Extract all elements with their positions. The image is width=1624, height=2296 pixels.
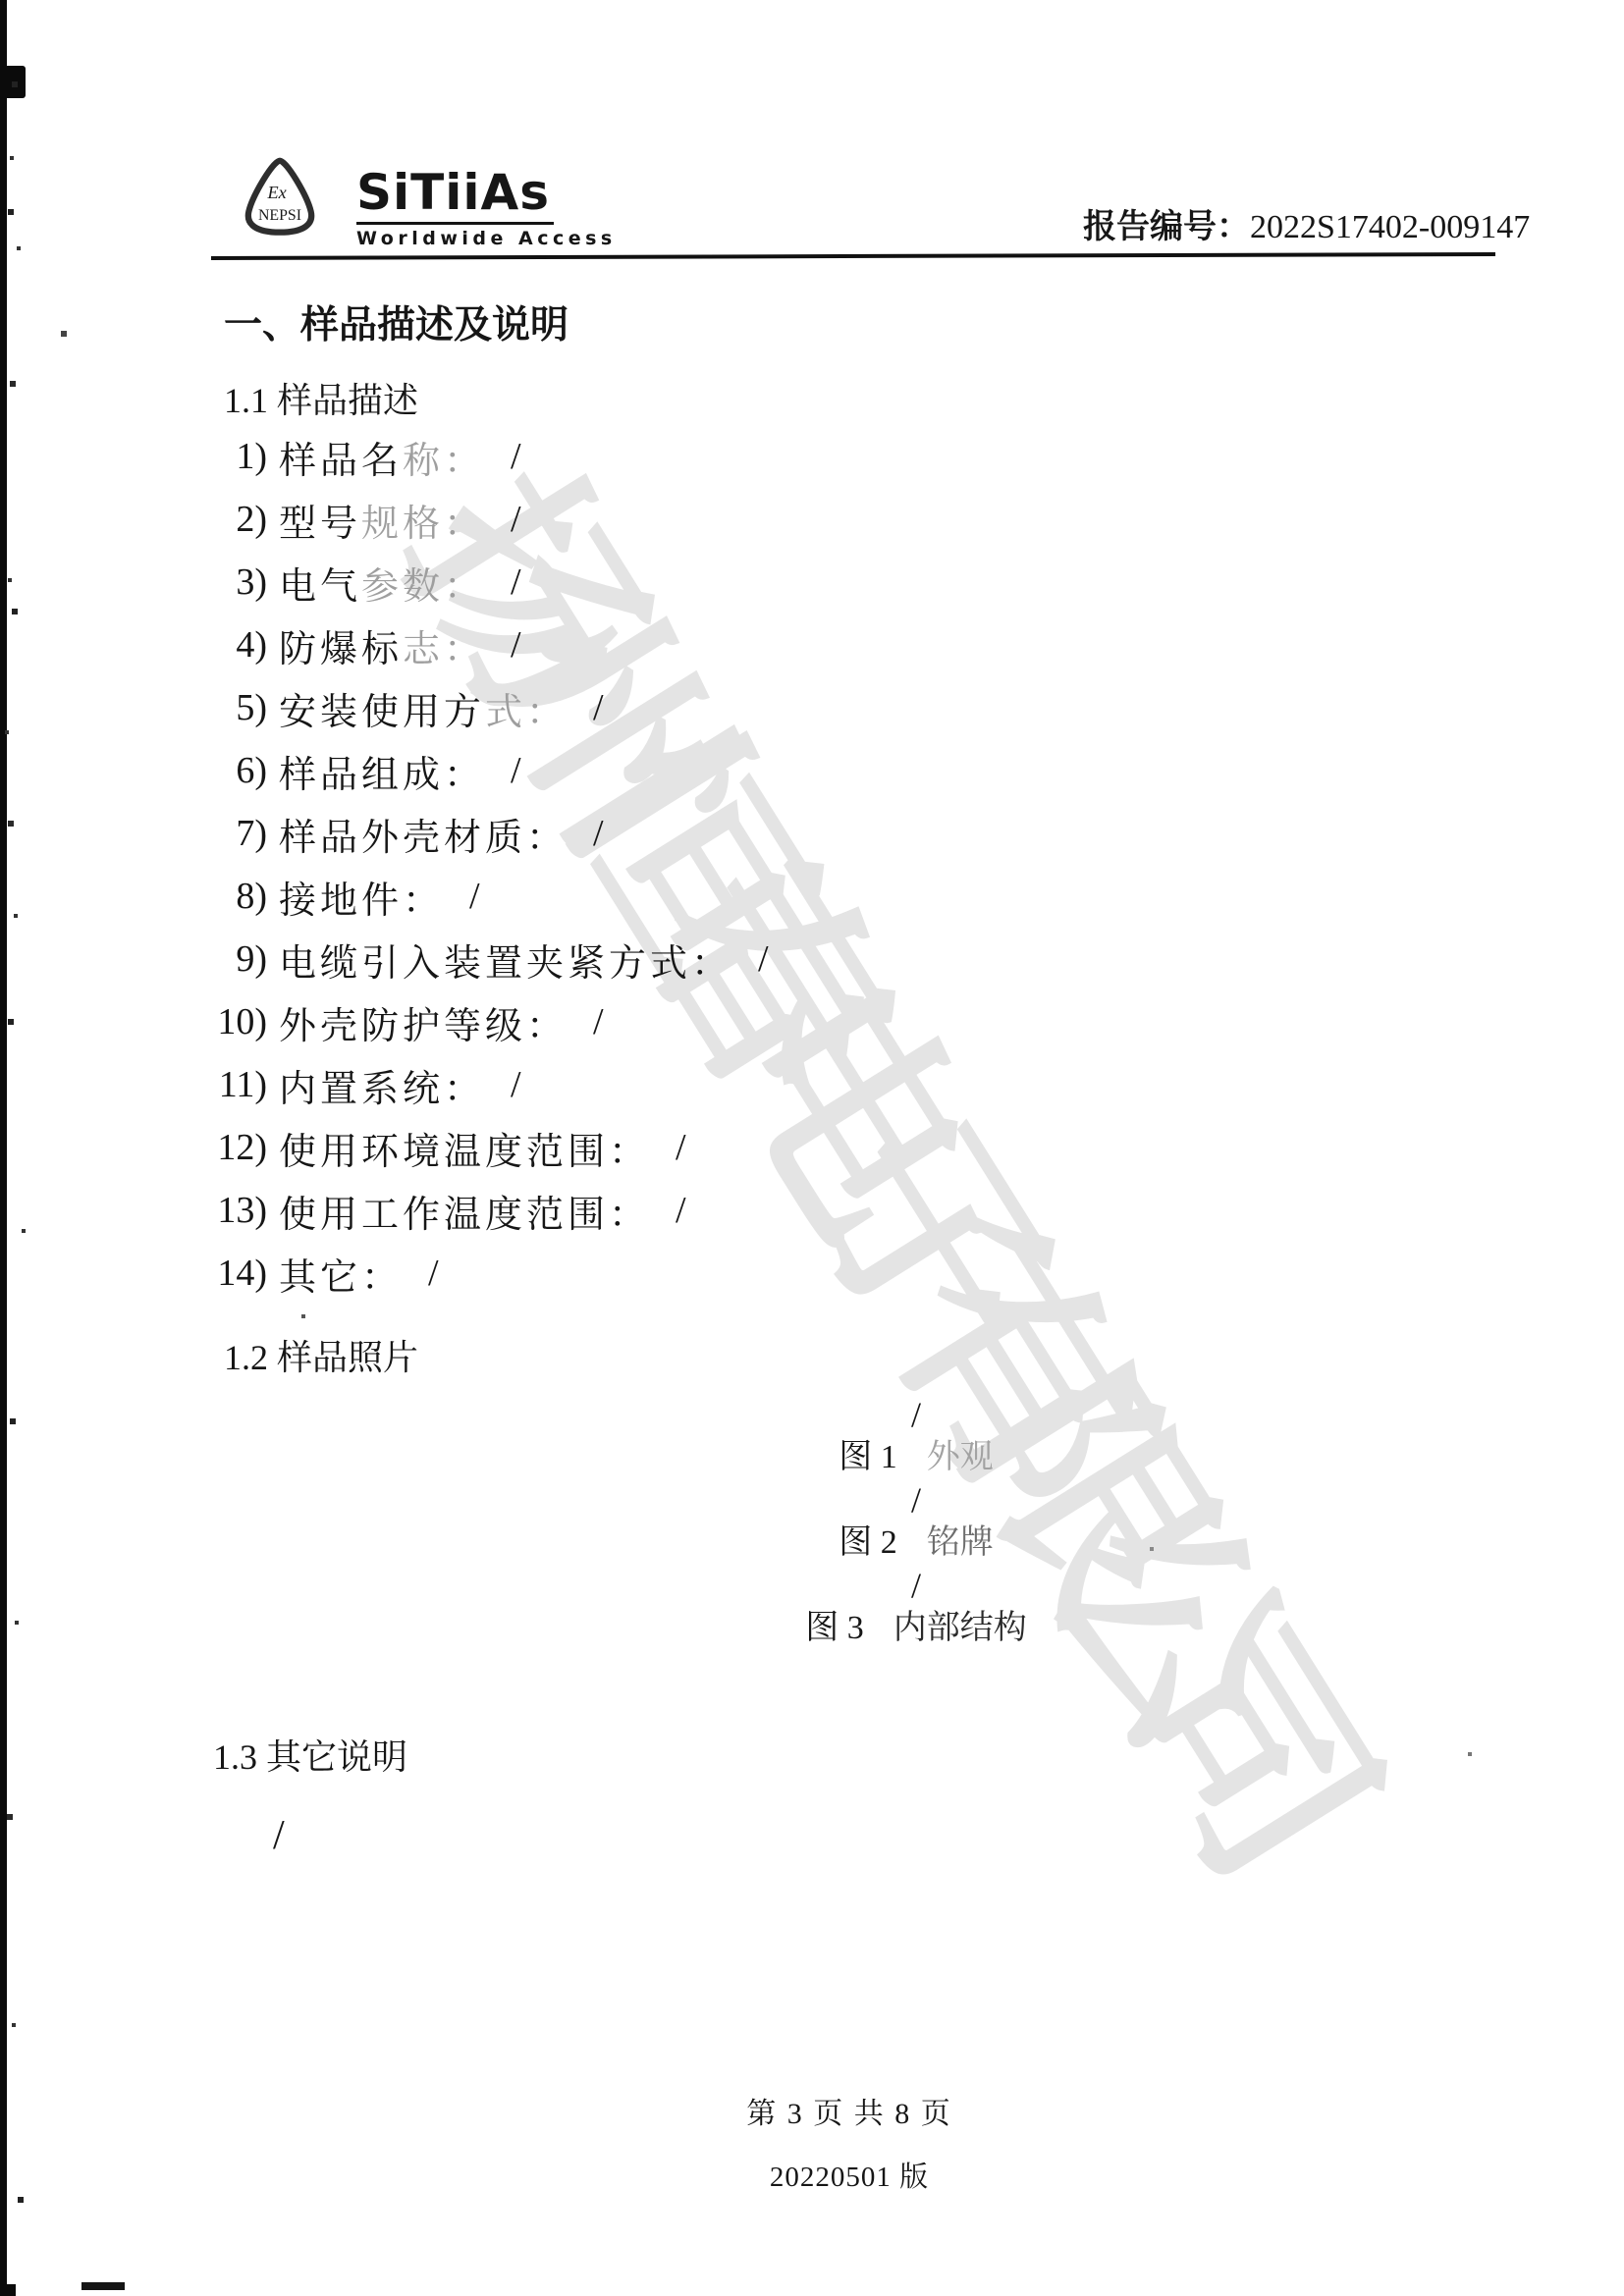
item-number: 1) [187, 435, 267, 478]
item-label: 外壳防护等级： [279, 995, 568, 1049]
item-value: / [511, 498, 521, 541]
item-number: 7) [187, 812, 267, 855]
item-label: 电气 [279, 556, 361, 610]
section-title: 一、样品描述及说明 [224, 294, 568, 349]
item-number: 10) [187, 1000, 267, 1043]
scan-blob-bottom [0, 2284, 16, 2296]
sample-item-3: 3)电气参数：/ [187, 551, 1365, 614]
item-number: 5) [187, 686, 267, 729]
item-label: 电缆引入装置夹紧方式： [279, 933, 732, 987]
figure-2-caption: 图 2铭牌 [805, 1522, 1027, 1564]
subsection-1-2-title: 1.2 样品照片 [224, 1330, 418, 1380]
item-label: 样品组成： [279, 744, 485, 798]
scan-blob-top [0, 66, 26, 98]
figure-1-placeholder: / [805, 1393, 1027, 1436]
item-label-faded: 参数： [361, 556, 485, 610]
sitiias-wordmark: SiTiiAs [356, 167, 554, 225]
item-value: / [758, 937, 769, 981]
item-label: 使用环境温度范围： [279, 1121, 650, 1175]
item-number: 11) [187, 1063, 267, 1106]
nepsi-ex-logo: Ex NEPSI [233, 153, 327, 249]
item-label: 使用工作温度范围： [279, 1184, 650, 1238]
nepsi-ex-triangle-icon: Ex NEPSI [233, 153, 327, 249]
item-number: 13) [187, 1189, 267, 1232]
figure-captions: / 图 1外观 / 图 2铭牌 / 图 3内部结构 [805, 1393, 1027, 1649]
scanned-report-page: 扬州恒春电子有限公司 Ex NEPSI SiTiiAs Worldwide Ac… [0, 0, 1624, 2296]
report-number-value: 2022S17402-009147 [1250, 209, 1530, 245]
sample-item-8: 8)接地件：/ [187, 865, 1365, 928]
item-value: / [511, 561, 521, 604]
report-number-label: 报告编号： [1083, 209, 1250, 245]
figure-1-label: 图 1 [839, 1439, 897, 1475]
sample-item-11: 11)内置系统：/ [187, 1053, 1365, 1116]
figure-3-name: 内部结构 [893, 1610, 1027, 1646]
item-label-faded: 式： [485, 681, 568, 735]
figure-2-label: 图 2 [839, 1524, 897, 1561]
figure-1-caption: 图 1外观 [805, 1436, 1027, 1478]
item-value: / [511, 623, 521, 667]
sample-item-12: 12)使用环境温度范围：/ [187, 1116, 1365, 1179]
item-value: / [676, 1189, 686, 1232]
sample-item-2: 2)型号规格：/ [187, 488, 1365, 551]
item-number: 6) [187, 749, 267, 792]
sample-description-list: 1)样品名称：/ 2)型号规格：/ 3)电气参数：/ 4)防爆标志：/ 5)安装… [187, 425, 1365, 1305]
item-label: 样品名 [279, 430, 403, 484]
figure-3-label: 图 3 [805, 1610, 864, 1646]
item-number: 8) [187, 875, 267, 918]
item-value: / [428, 1252, 439, 1295]
scan-noise-specks [0, 0, 2, 2]
logo-ex-text: Ex [267, 183, 287, 202]
item-value: / [469, 875, 480, 918]
subsection-1-3-title: 1.3 其它说明 [213, 1730, 407, 1780]
figure-2-name: 铭牌 [927, 1524, 994, 1561]
report-number-line: 报告编号：2022S17402-009147 [1083, 199, 1530, 247]
sample-item-13: 13)使用工作温度范围：/ [187, 1179, 1365, 1242]
sample-item-14: 14)其它：/ [187, 1242, 1365, 1305]
page-number: 第 3 页 共 8 页 [37, 2089, 1624, 2132]
sitiias-brand: SiTiiAs Worldwide Access [356, 167, 617, 249]
item-number: 4) [187, 623, 267, 667]
sample-item-6: 6)样品组成：/ [187, 739, 1365, 802]
item-number: 2) [187, 498, 267, 541]
page-content: Ex NEPSI SiTiiAs Worldwide Access 报告编号：2… [0, 0, 1624, 2296]
header-divider [211, 252, 1495, 260]
item-number: 12) [187, 1126, 267, 1169]
item-value: / [676, 1126, 686, 1169]
item-value: / [593, 686, 604, 729]
sample-item-9: 9)电缆引入装置夹紧方式：/ [187, 928, 1365, 990]
figure-1-name: 外观 [927, 1439, 994, 1475]
figure-3-placeholder: / [805, 1564, 1027, 1607]
item-number: 9) [187, 937, 267, 981]
item-value: / [511, 749, 521, 792]
item-label: 其它： [279, 1247, 403, 1301]
item-label-faded: 规格： [361, 493, 485, 547]
item-label: 安装使用方 [279, 681, 485, 735]
sample-item-1: 1)样品名称：/ [187, 425, 1365, 488]
item-number: 14) [187, 1252, 267, 1295]
sample-item-4: 4)防爆标志：/ [187, 614, 1365, 676]
subsection-1-1-title: 1.1 样品描述 [224, 373, 418, 423]
item-label: 型号 [279, 493, 361, 547]
scan-dash-bottom [81, 2282, 125, 2290]
item-value: / [511, 1063, 521, 1106]
subsection-1-3-value: / [273, 1812, 285, 1859]
item-value: / [511, 435, 521, 478]
sample-item-5: 5)安装使用方式：/ [187, 676, 1365, 739]
sample-item-10: 10)外壳防护等级：/ [187, 990, 1365, 1053]
scan-edge-strip [0, 0, 7, 2296]
sitiias-tagline: Worldwide Access [356, 228, 617, 249]
item-label: 防爆标 [279, 618, 403, 672]
item-label: 内置系统： [279, 1058, 485, 1112]
figure-3-caption: 图 3内部结构 [805, 1607, 1027, 1649]
item-label-faded: 志： [403, 618, 485, 672]
item-number: 3) [187, 561, 267, 604]
sample-item-7: 7)样品外壳材质：/ [187, 802, 1365, 865]
item-value: / [593, 812, 604, 855]
item-value: / [593, 1000, 604, 1043]
template-version: 20220501 版 [37, 2155, 1624, 2195]
item-label-faded: 称： [403, 430, 485, 484]
figure-2-placeholder: / [805, 1478, 1027, 1522]
logo-nepsi-text: NEPSI [258, 207, 301, 224]
item-label: 接地件： [279, 870, 444, 924]
item-label: 样品外壳材质： [279, 807, 568, 861]
